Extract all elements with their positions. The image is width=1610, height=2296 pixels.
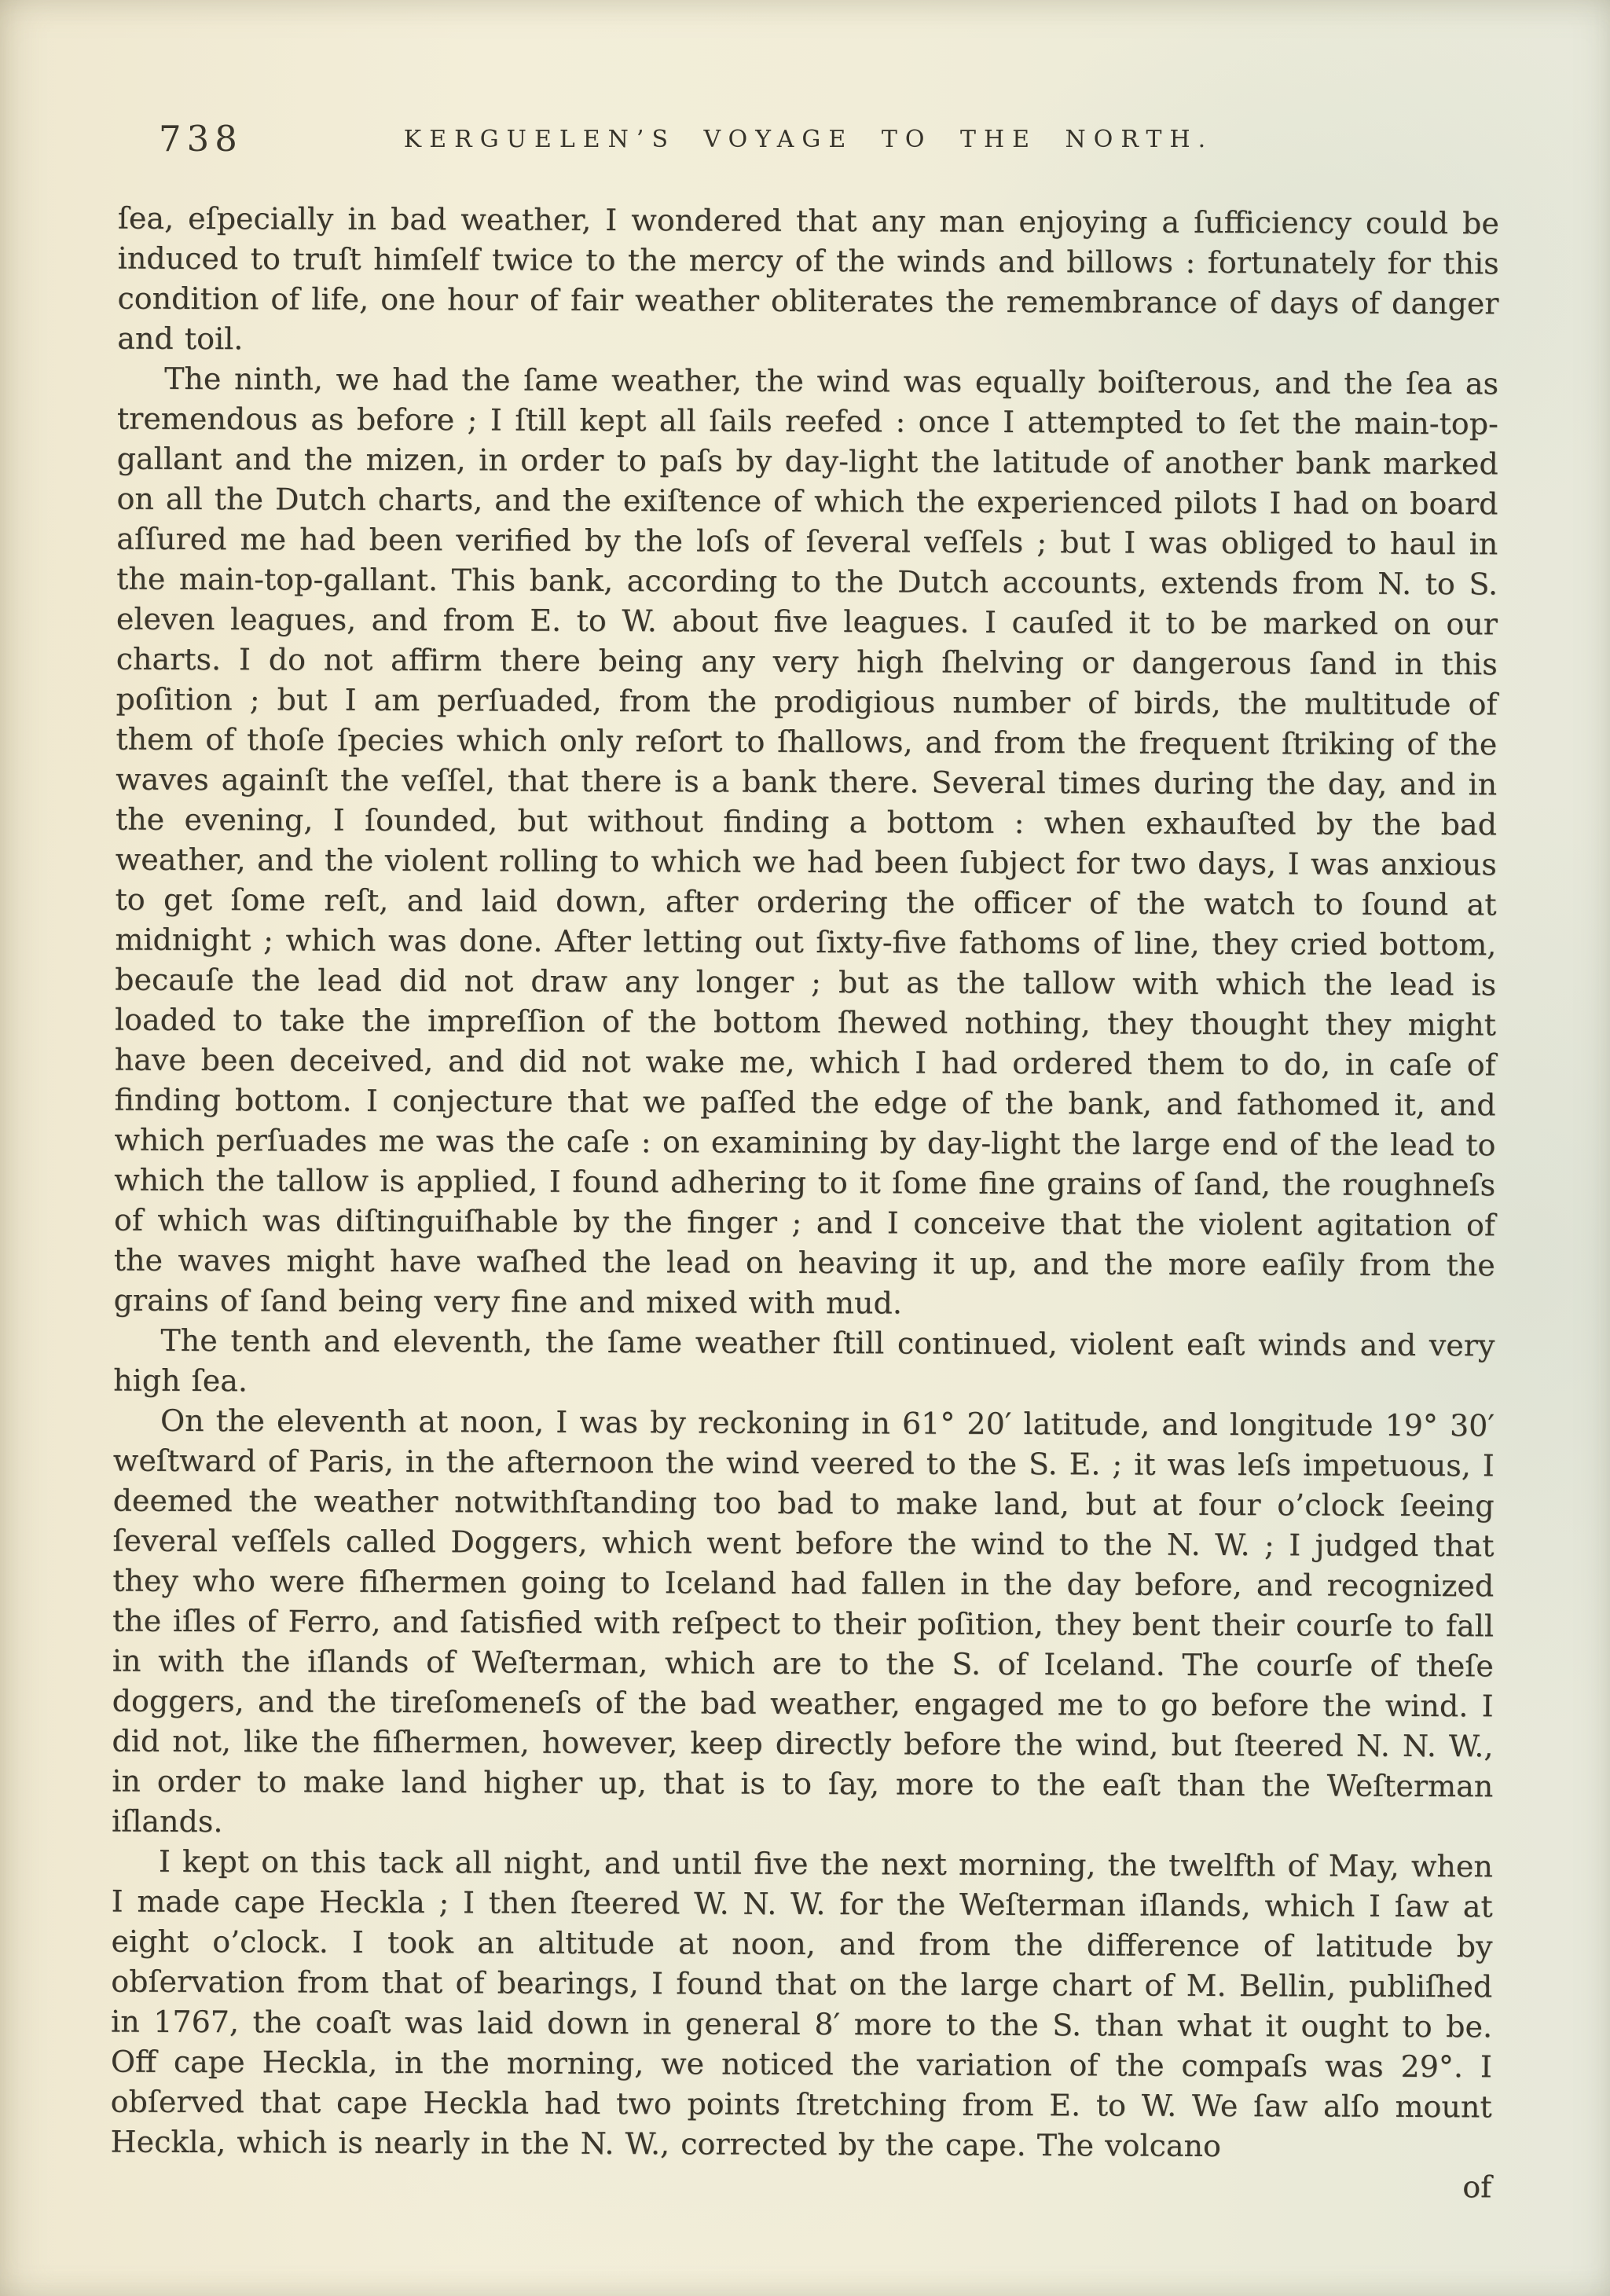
paragraph: I kept on this tack all night, and until… [110,1842,1493,2168]
book-page: 738 KERGUELEN’S VOYAGE TO THE NORTH. ſea… [0,0,1610,2296]
page-body: ſea, eſpecially in bad weather, I wonder… [110,199,1499,2208]
catchword: of [110,2162,1491,2208]
paragraph: ſea, eſpecially in bad weather, I wonder… [117,199,1499,365]
paragraph: The ninth, we had the ſame weather, the … [114,359,1499,1326]
running-header: KERGUELEN’S VOYAGE TO THE NORTH. [118,126,1499,153]
paragraph: On the eleventh at noon, I was by reckon… [112,1401,1494,1847]
paragraph: The tenth and eleventh, the ſame weather… [113,1321,1494,1407]
